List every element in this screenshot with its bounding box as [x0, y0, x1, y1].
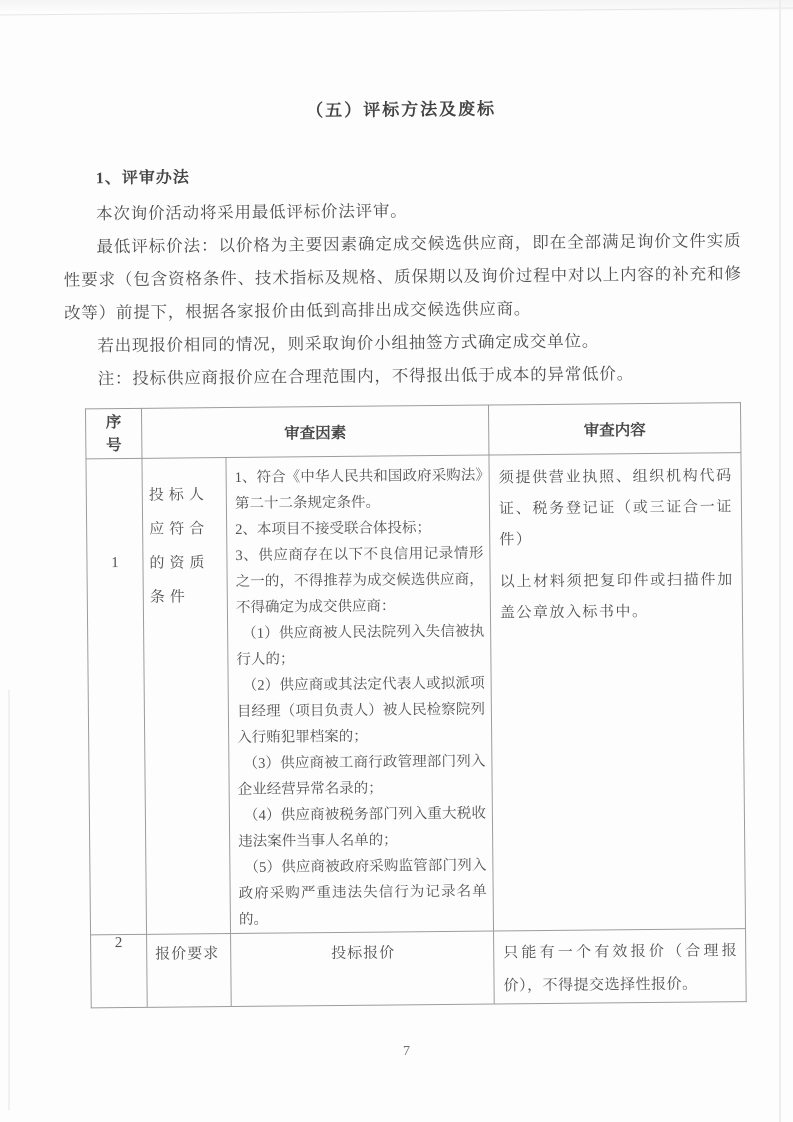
- paragraph-lowest-price-method: 最低评标价法：以价格为主要因素确定成交候选供应商，即在全部满足询价文件实质性要求…: [63, 224, 742, 330]
- page-content: （五）评标方法及废标 1、评审办法 本次询价活动将采用最低评标价法评审。 最低评…: [62, 92, 749, 1008]
- content-paragraph: 只能有一个有效报价（合理报价），不得提交选择性报价。: [503, 935, 738, 1003]
- review-content-cell: 须提供营业执照、组织机构代码证、税务登记证（或三证合一证件） 以上材料须把复印件…: [489, 453, 746, 931]
- header-content-cell: 审查内容: [488, 403, 740, 455]
- detail-item: 投标报价: [239, 940, 487, 968]
- detail-item: （5）供应商被政府采购监管部门列入政府采购严重违法失信行为记录名单的。: [238, 853, 487, 933]
- content-paragraph: 须提供营业执照、组织机构代码证、税务登记证（或三证合一证件）: [499, 461, 734, 556]
- factor-detail-cell: 投标报价: [231, 931, 495, 1007]
- review-table: 序号 审查因素 审查内容 1 投标人应符合的资质条件 1、符合《中华人民共和国政…: [85, 402, 747, 1008]
- serial-cell: 1: [86, 458, 147, 935]
- table-header-row: 序号 审查因素 审查内容: [85, 403, 740, 459]
- review-content-cell: 只能有一个有效报价（合理报价），不得提交选择性报价。: [494, 929, 747, 1004]
- header-factor-cell: 审查因素: [141, 405, 488, 458]
- content-paragraph: 以上材料须把复印件或扫描件加盖公章放入标书中。: [500, 565, 735, 629]
- paragraph-note: 注：投标供应商报价应在合理范围内，不得报出低于成本的异常低价。: [65, 356, 743, 396]
- table-row: 2 报价要求 投标报价 只能有一个有效报价（合理报价），不得提交选择性报价。: [91, 929, 747, 1008]
- factor-name-cell: 投标人应符合的资质条件: [142, 458, 231, 935]
- detail-item: 1、符合《中华人民共和国政府采购法》第二十二条规定条件。: [235, 463, 484, 517]
- factor-name-text: 投标人应符合的资质条件: [149, 478, 223, 615]
- factor-name-text: 报价要求: [155, 942, 226, 967]
- document-page: （五）评标方法及废标 1、评审办法 本次询价活动将采用最低评标价法评审。 最低评…: [0, 0, 793, 1122]
- header-serial-label: 序号: [103, 411, 124, 457]
- serial-cell: 2: [91, 934, 148, 1008]
- detail-item: （2）供应商或其法定代表人或拟派项目经理（项目负责人）被人民检察院列入行贿犯罪档…: [237, 671, 486, 751]
- detail-item: 3、供应商存在以下不良信用记录情形之一的，不得推荐为成交候选供应商，不得确定为成…: [235, 541, 484, 621]
- table-row: 1 投标人应符合的资质条件 1、符合《中华人民共和国政府采购法》第二十二条规定条…: [86, 453, 746, 935]
- factor-name-cell: 报价要求: [147, 934, 232, 1008]
- scan-right-edge-line: [779, 0, 781, 1122]
- detail-item: （3）供应商被工商行政管理部门列入企业经营异常名录的；: [237, 749, 486, 803]
- page-title: （五）评标方法及废标: [62, 92, 740, 124]
- header-serial-cell: 序号: [85, 408, 141, 459]
- detail-item: （1）供应商被人民法院列入失信被执行人的；: [236, 619, 485, 673]
- section-heading: 1、评审办法: [63, 159, 741, 189]
- factor-detail-cell: 1、符合《中华人民共和国政府采购法》第二十二条规定条件。 2、本项目不接受联合体…: [226, 455, 494, 934]
- page-number: 7: [0, 1044, 793, 1060]
- detail-item: （4）供应商被税务部门列入重大税收违法案件当事人名单的；: [238, 801, 487, 855]
- detail-item: 2、本项目不接受联合体投标；: [235, 515, 483, 543]
